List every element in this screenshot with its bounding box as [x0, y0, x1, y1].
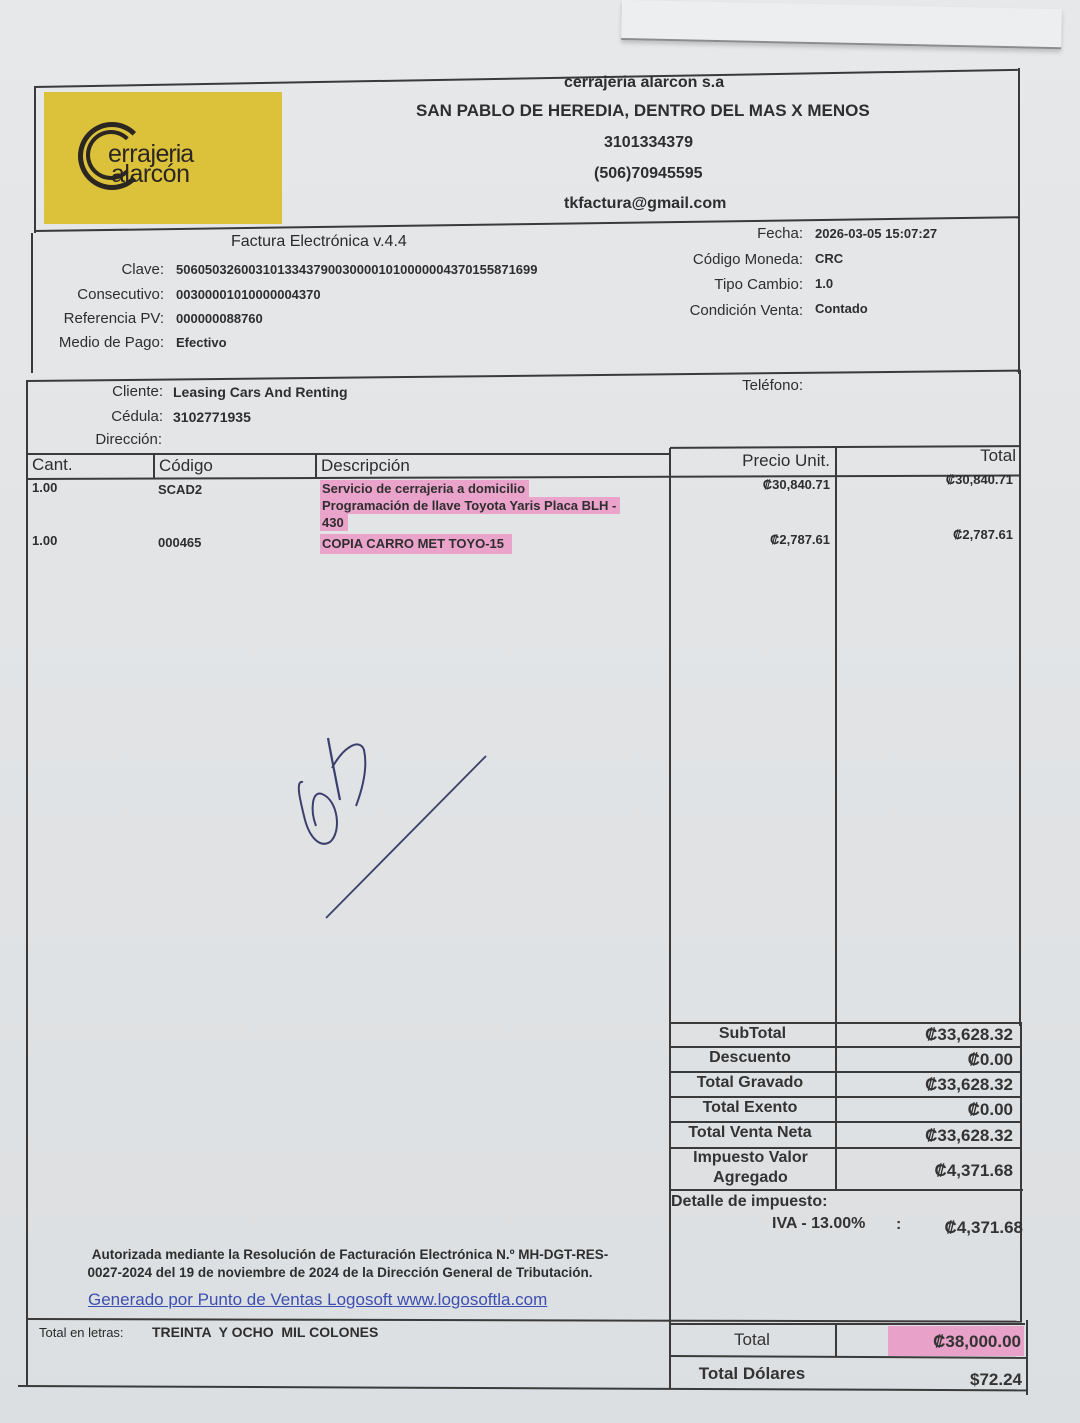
total-exento-value: ₡0.00: [840, 1100, 1013, 1120]
subtotal-label: SubTotal: [670, 1025, 835, 1043]
col-div-2: [315, 454, 317, 479]
clave-label: Clave:: [60, 261, 164, 278]
tipo-cambio-value: 1.0: [815, 276, 833, 291]
consecutivo-value: 00300001010000004370: [176, 287, 321, 302]
referencia-label: Referencia PV:: [40, 310, 164, 327]
row1-total: ₡30,840.71: [860, 472, 1013, 487]
totals-col-div: [835, 1324, 837, 1356]
company-id: 3101334379: [604, 134, 693, 152]
invoice-title: Factura Electrónica v.4.4: [231, 233, 407, 251]
total-gravado-label: Total Gravado: [670, 1074, 830, 1092]
descuento-label: Descuento: [670, 1049, 830, 1067]
moneda-value: CRC: [815, 251, 843, 266]
total-usd-value: $72.24: [880, 1370, 1022, 1390]
total-exento-label: Total Exento: [670, 1099, 830, 1117]
table-header-top: [26, 453, 670, 455]
generated-by-link[interactable]: Generado por Punto de Ventas Logosoft ww…: [88, 1290, 547, 1310]
frame-right: [1018, 68, 1020, 374]
row2-code: 000465: [158, 535, 201, 550]
row1-unit-price: ₡30,840.71: [680, 477, 830, 492]
total-venta-neta-label: Total Venta Neta: [670, 1124, 830, 1142]
frame-top: [34, 69, 1018, 88]
clave-value: 5060503260031013343790030000101000000437…: [176, 262, 538, 277]
company-name: cerrajeria alarcon s.a: [564, 74, 724, 92]
legal-line1: Autorizada mediante la Resolución de Fac…: [40, 1246, 660, 1264]
row2-unit-price: ₡2,787.61: [680, 532, 830, 547]
condicion-venta-label: Condición Venta:: [660, 302, 803, 319]
row1-desc-line2: Programación de llave Toyota Yaris Placa…: [320, 497, 620, 514]
total-label: Total: [672, 1330, 832, 1350]
footer-divider: [26, 1318, 1022, 1323]
direccion-label: Dirección:: [40, 431, 162, 448]
fecha-value: 2026-03-05 15:07:27: [815, 226, 937, 241]
tax-detail-separator: :: [896, 1216, 901, 1234]
words-label: Total en letras:: [39, 1325, 124, 1340]
col-header-cant: Cant.: [32, 455, 73, 475]
cedula-value: 3102771935: [173, 409, 251, 425]
total-value: ₡38,000.00: [888, 1326, 1024, 1356]
moneda-label: Código Moneda:: [660, 251, 803, 268]
frame-left: [34, 88, 36, 233]
row1-code: SCAD2: [158, 482, 202, 497]
tax-detail-title: Detalle de impuesto:: [671, 1193, 827, 1211]
cedula-label: Cédula:: [60, 408, 163, 425]
row1-qty: 1.00: [32, 480, 57, 495]
company-address: SAN PABLO DE HEREDIA, DENTRO DEL MAS X M…: [416, 101, 870, 121]
col-div-3: [669, 448, 671, 1388]
words-value: TREINTA Y OCHO MIL COLONES: [152, 1324, 378, 1340]
handwritten-signature: [290, 720, 510, 930]
row2-desc-line1: COPIA CARRO MET TOYO-15: [320, 534, 512, 554]
summary-row-div-4: [669, 1121, 1021, 1123]
subtotal-value: ₡33,628.32: [840, 1025, 1013, 1045]
info-divider: [27, 370, 1021, 382]
row1-desc-line1: Servicio de cerrajeria a domicilio: [320, 480, 529, 497]
summary-top: [669, 1022, 1021, 1024]
summary-bottom: [669, 1189, 1023, 1191]
company-email: tkfactura@gmail.com: [564, 195, 726, 213]
total-usd-label: Total Dólares: [672, 1364, 832, 1384]
table-right-border: [1019, 446, 1021, 1026]
consecutivo-label: Consecutivo:: [40, 286, 164, 303]
summary-right: [1020, 1022, 1022, 1322]
legal-line2: 0027-2024 del 19 de noviembre de 2024 de…: [30, 1264, 650, 1282]
iva-label: Impuesto Valor Agregado: [678, 1148, 823, 1188]
descuento-value: ₡0.00: [840, 1050, 1013, 1070]
document-bottom: [18, 1385, 1028, 1391]
col-header-codigo: Código: [159, 456, 213, 476]
row1-desc-line3: 430: [320, 514, 348, 531]
totals-right: [1026, 1320, 1028, 1395]
tax-detail-line-value: ₡4,371.68: [930, 1218, 1023, 1238]
fecha-label: Fecha:: [660, 225, 803, 242]
cliente-label: Cliente:: [60, 383, 163, 400]
total-gravado-value: ₡33,628.32: [840, 1075, 1013, 1095]
client-right-border: [1019, 370, 1021, 450]
summary-row-div-2: [669, 1071, 1021, 1073]
medio-pago-label: Medio de Pago:: [30, 334, 164, 351]
col-header-descripcion: Descripción: [321, 456, 410, 476]
medio-pago-value: Efectivo: [176, 335, 227, 350]
totals-top: [669, 1323, 1025, 1325]
logo-text-line2: alarcón: [111, 160, 190, 189]
total-venta-neta-value: ₡33,628.32: [840, 1126, 1013, 1146]
summary-row-div-1: [669, 1046, 1021, 1048]
col-header-precio: Precio Unit.: [680, 451, 830, 471]
tipo-cambio-label: Tipo Cambio:: [660, 276, 803, 293]
row2-total: ₡2,787.61: [860, 527, 1013, 542]
condicion-venta-value: Contado: [815, 301, 868, 316]
col-div-4: [835, 448, 837, 1026]
telefono-label: Teléfono:: [700, 377, 803, 394]
referencia-value: 000000088760: [176, 311, 263, 326]
client-left-border: [26, 380, 28, 1385]
summary-col-div: [835, 1022, 837, 1190]
col-div-1: [153, 454, 155, 479]
row2-qty: 1.00: [32, 533, 57, 548]
company-phone: (506)70945595: [594, 165, 703, 183]
company-logo: errajeria alarcón: [44, 92, 282, 224]
info-left-border: [31, 233, 33, 373]
invoice-document: errajeria alarcón cerrajeria alarcon s.a…: [0, 0, 1080, 1423]
col-header-total: Total: [860, 446, 1016, 466]
tax-detail-line-label: IVA - 13.00%: [772, 1215, 865, 1233]
summary-row-div-3: [669, 1096, 1021, 1098]
iva-value: ₡4,371.68: [840, 1161, 1013, 1181]
cliente-value: Leasing Cars And Renting: [173, 384, 348, 400]
